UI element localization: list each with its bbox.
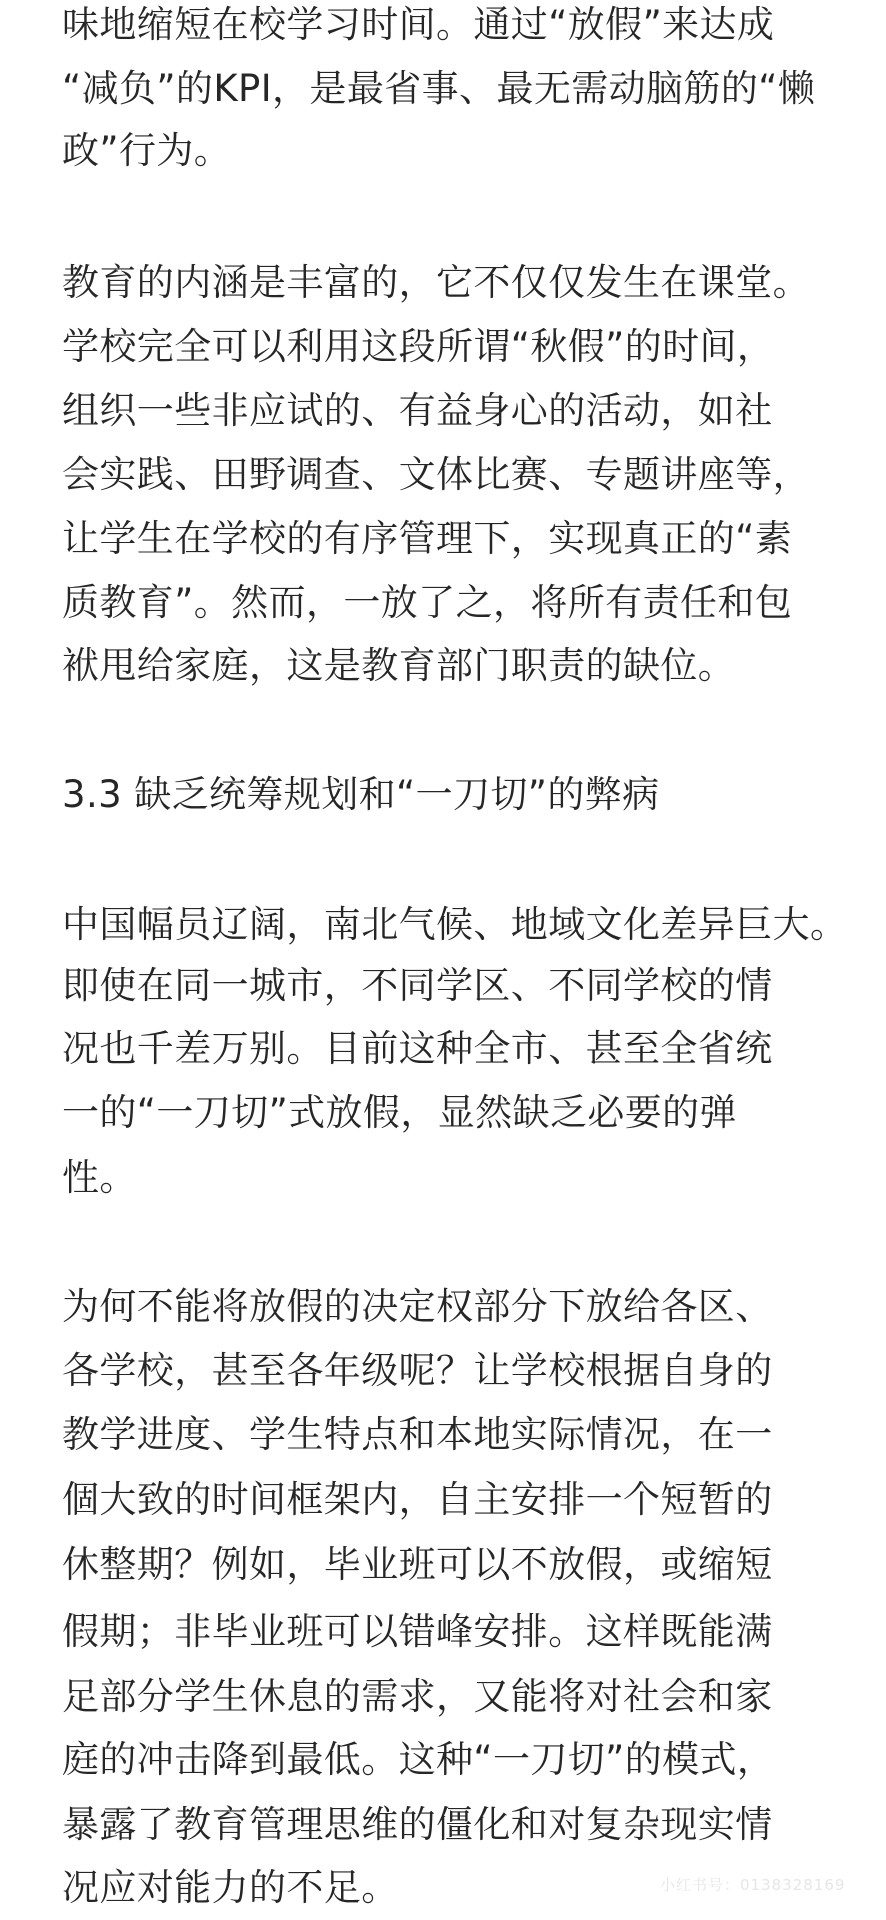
text-line: 学校完全可以利用这段所谓“秋假”的时间，	[62, 325, 774, 369]
text-line: 况应对能力的不足。	[62, 1866, 399, 1910]
text-line: 质教育”。然而，一放了之，将所有责任和包	[62, 581, 792, 625]
text-line: 组织一些非应试的、有益身心的活动，如社	[62, 389, 773, 433]
text-line: 即使在同一城市，不同学区、不同学校的情	[62, 964, 773, 1008]
text-line: 教学进度、学生特点和本地实际情况，在一	[62, 1413, 773, 1457]
text-line: 一的“一刀切”式放假，显然缺乏必要的弹	[62, 1091, 737, 1135]
text-line: 况也千差万别。目前这种全市、甚至全省统	[62, 1027, 773, 1071]
text-line: 政”行为。	[62, 129, 231, 173]
text-line: 会实践、田野调查、文体比赛、专题讲座等，	[62, 453, 810, 497]
text-line: “减负”的KPI，是最省事、最无需动脑筋的“懒	[62, 67, 815, 111]
text-line: 假期；非毕业班可以错峰安排。这样既能满	[62, 1610, 773, 1654]
text-line: 让学生在学校的有序管理下，实现真正的“素	[62, 517, 792, 561]
text-line: 教育的内涵是丰富的，它不仅仅发生在课堂。	[62, 261, 810, 305]
text-line: 休整期？例如，毕业班可以不放假，或缩短	[62, 1543, 773, 1587]
text-line: 味地缩短在校学习时间。通过“放假”来达成	[62, 3, 774, 47]
text-line: 为何不能将放假的决定权部分下放给各区、	[62, 1285, 773, 1329]
watermark: 小红书号：0138328169	[660, 1874, 845, 1895]
text-line: 各学校，甚至各年级呢？让学校根据自身的	[62, 1349, 773, 1393]
text-line: 足部分学生休息的需求，又能将对社会和家	[62, 1675, 773, 1719]
text-line: 性。	[62, 1156, 137, 1200]
text-line: 袱甩给家庭，这是教育部门职责的缺位。	[62, 644, 735, 688]
section-heading: 3.3 缺乏统筹规划和“一刀切”的弊病	[62, 773, 660, 817]
text-line: 暴露了教育管理思维的僵化和对复杂现实情	[62, 1803, 773, 1847]
text-line: 中国幅员辽阔，南北气候、地域文化差异巨大。	[62, 903, 847, 947]
text-line: 庭的冲击降到最低。这种“一刀切”的模式，	[62, 1738, 774, 1782]
text-line: 個大致的时间框架内，自主安排一个短暂的	[62, 1478, 773, 1522]
